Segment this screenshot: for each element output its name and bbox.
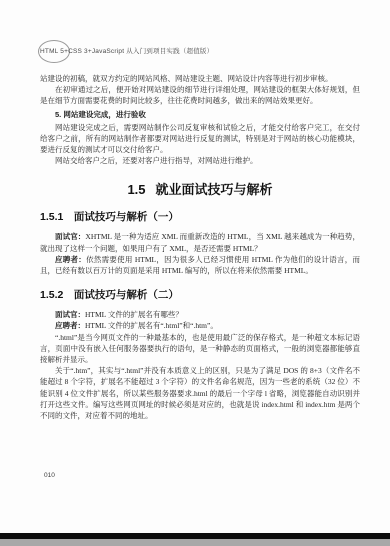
paragraph-review: 在初审通过之后，便开始对网站建设的细节进行详细处理，网站建设的框架大体好规划，但…	[40, 84, 360, 106]
step5-heading: 5. 网站建设完成，进行验收	[40, 109, 360, 120]
paragraph-continuation: 站建设的初稿，就双方约定的网站风格、网站建设主题、网站设计内容等进行初步审核。	[40, 73, 360, 84]
candidate-text: HTML 文件的扩展名有“.html”和“.htm”。	[85, 321, 218, 330]
candidate-label: 应聘者：	[55, 321, 85, 330]
running-header: HTML 5+CSS 3+JavaScript 从入门到项目实践（超值版）	[40, 46, 213, 55]
interviewer-label: 面试官：	[55, 232, 85, 241]
step5-paragraph-1: 网站建设完成之后，需要网站制作公司反复审核和试验之后，才能交付给客户完工，在交付…	[40, 122, 360, 156]
subsection-1-answer: 应聘者：依然需要使用 HTML，因为很多人已经习惯使用 HTML 作为他们的设计…	[40, 254, 360, 276]
subsection-1-heading: 1.5.1 面试技巧与解析（一）	[40, 209, 360, 224]
interviewer-label: 面试官：	[55, 310, 85, 319]
page-content: 站建设的初稿，就双方约定的网站风格、网站建设主题、网站设计内容等进行初步审核。 …	[40, 73, 360, 421]
subsection-2-heading: 1.5.2 面试技巧与解析（二）	[40, 287, 360, 302]
subsection-1-question: 面试官：XHTML 是一种为适应 XML 而重新改造的 HTML，当 XML 越…	[40, 231, 360, 253]
book-page: HTML 5+CSS 3+JavaScript 从入门到项目实践（超值版） 站建…	[0, 0, 390, 546]
subsection-2-question: 面试官：HTML 文件的扩展名有哪些？	[40, 309, 360, 320]
subsection-2-paragraph-1: “.html”是当今网页文件的一种最基本的，也是使用最广泛的保存格式，是一种超文…	[40, 332, 360, 366]
interviewer-text: HTML 文件的扩展名有哪些？	[85, 310, 183, 319]
subsection-2-answer: 应聘者：HTML 文件的扩展名有“.html”和“.htm”。	[40, 320, 360, 331]
page-number: 010	[44, 472, 55, 479]
footer-gray-bar	[0, 539, 390, 546]
section-number: 1.5	[127, 182, 145, 197]
step5-paragraph-2: 网站交给客户之后，还要对客户进行指导，对网站进行维护。	[40, 155, 360, 166]
section-title: 就业面试技巧与解析	[156, 182, 273, 197]
subsection-2-paragraph-2: 关于“.htm”，其实与“.html”并没有本质意义上的区别，只是为了满足 DO…	[40, 365, 360, 421]
candidate-text: 依然需要使用 HTML，因为很多人已经习惯使用 HTML 作为他们的设计语言，而…	[40, 255, 360, 275]
interviewer-text: XHTML 是一种为适应 XML 而重新改造的 HTML，当 XML 越来越成为…	[40, 232, 360, 252]
section-heading: 1.5就业面试技巧与解析	[40, 179, 360, 198]
candidate-label: 应聘者：	[55, 255, 86, 264]
